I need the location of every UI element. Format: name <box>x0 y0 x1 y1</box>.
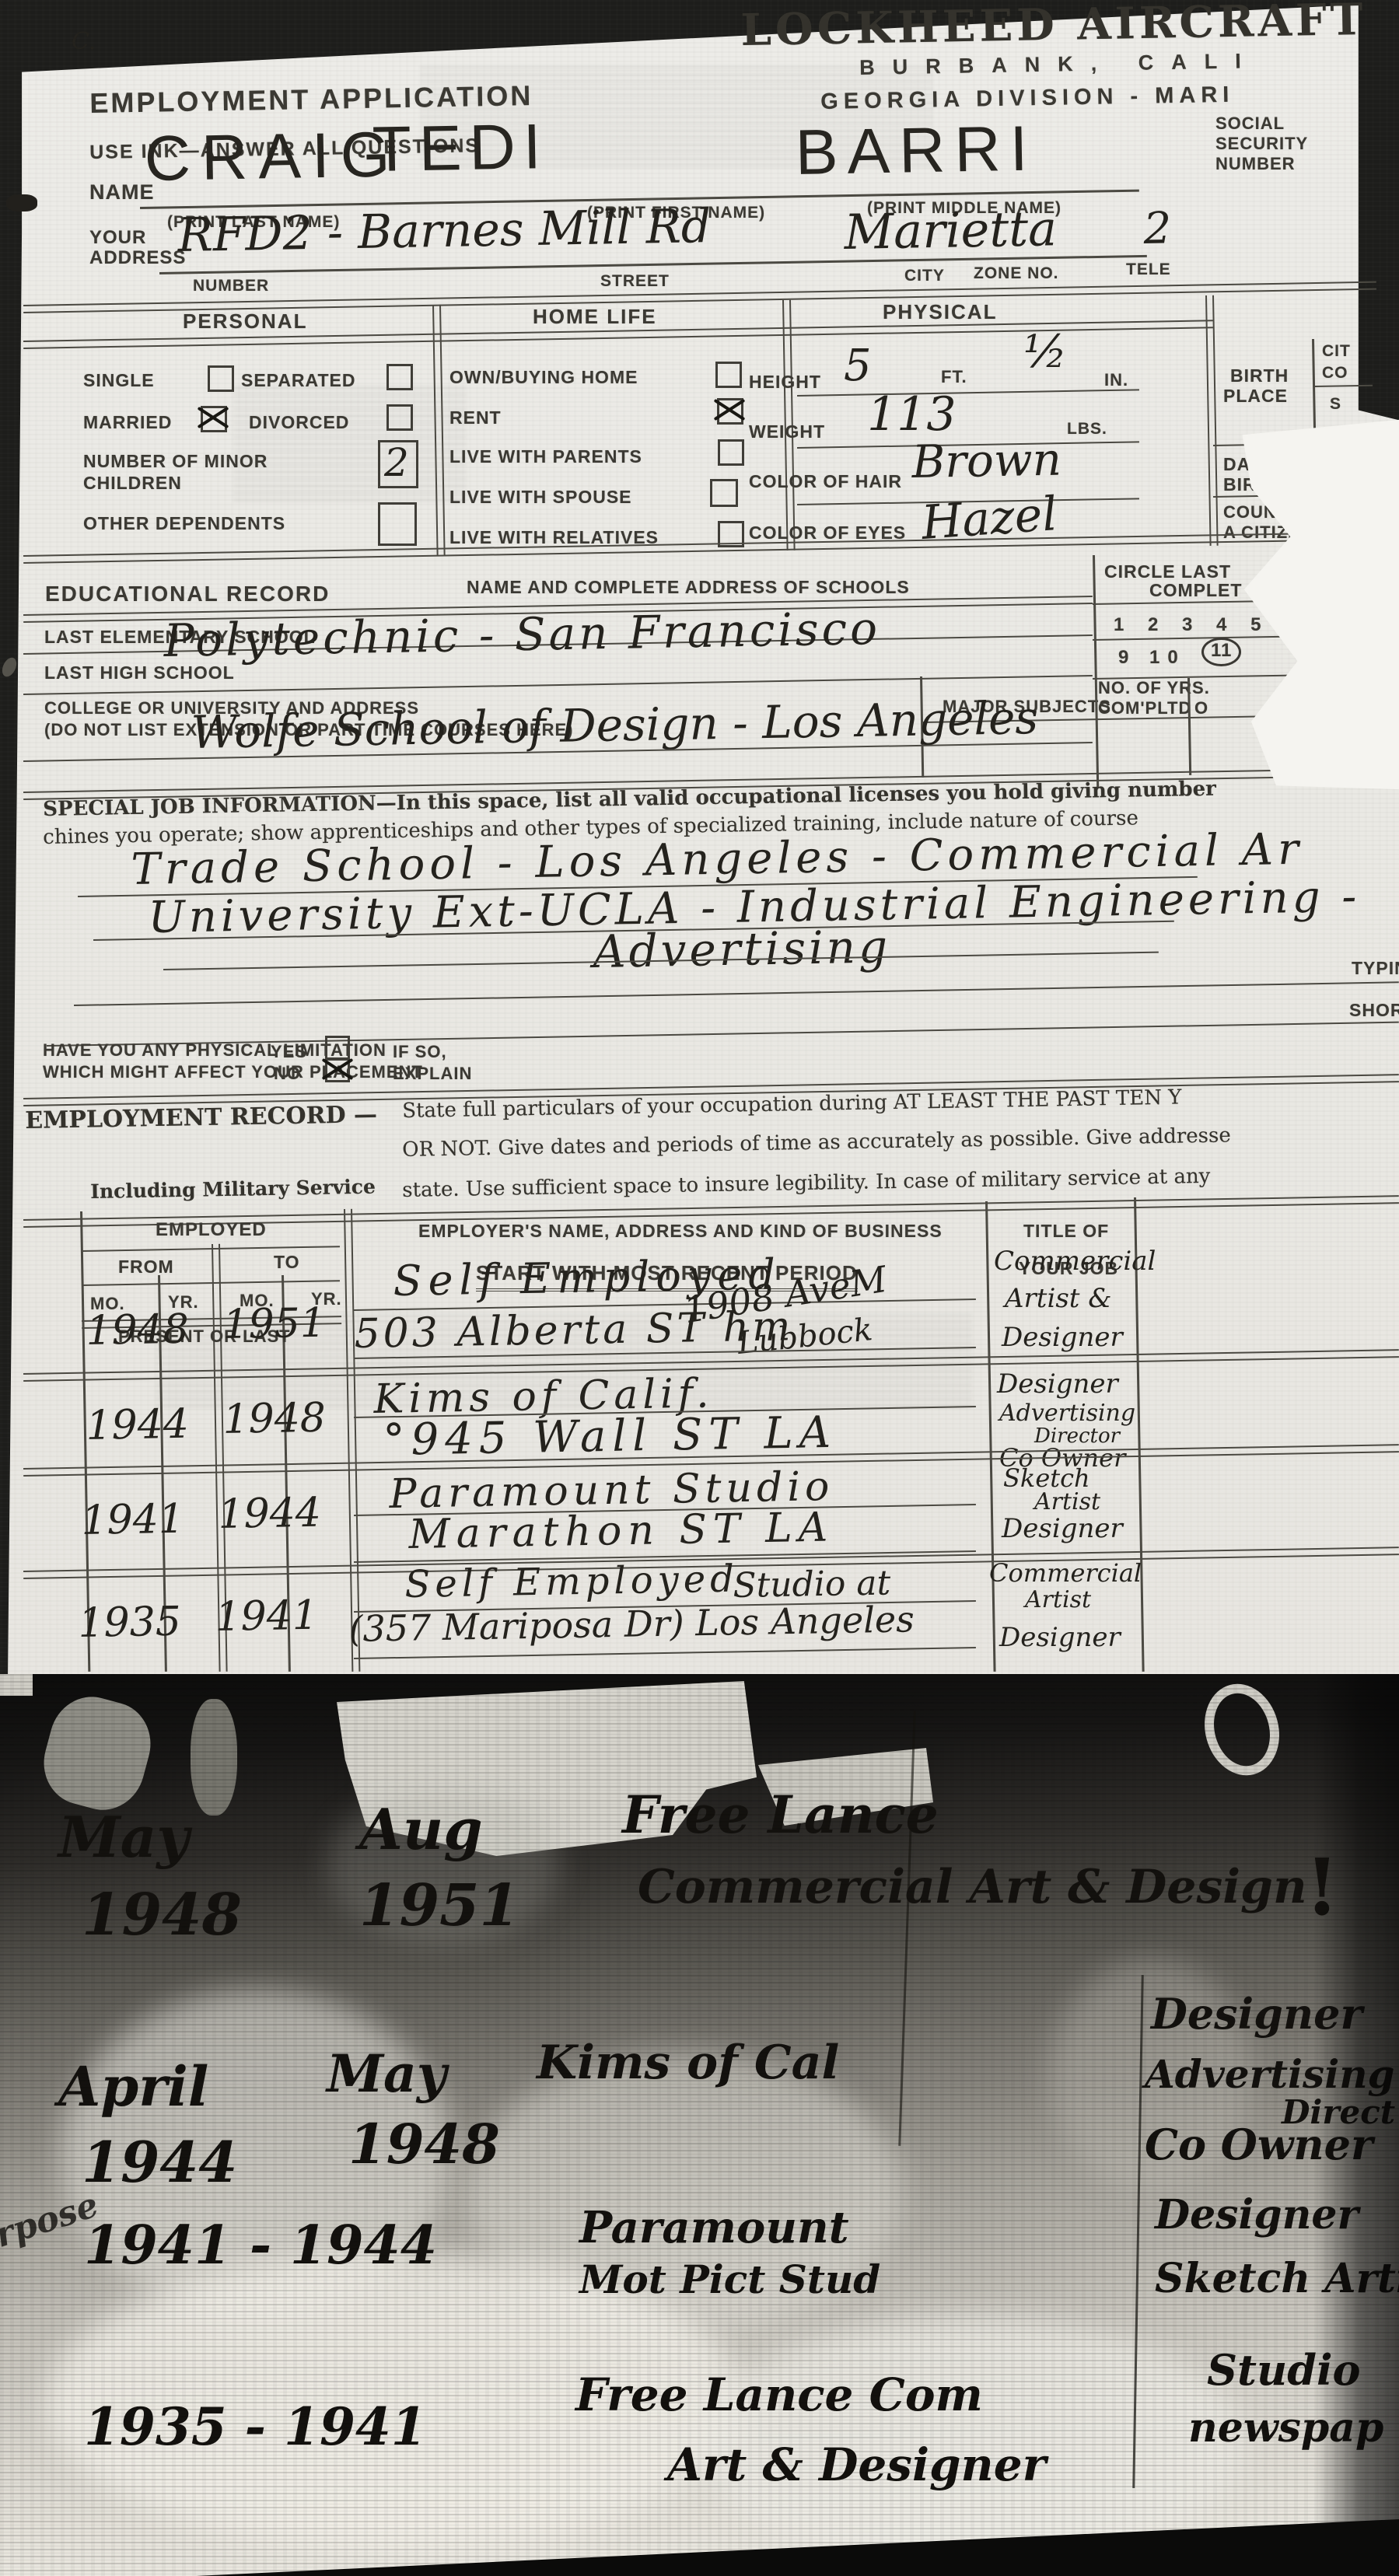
circle-last-label-1: CIRCLE LAST <box>1104 561 1231 582</box>
ps-2-business: Mot Pict Stud <box>579 2256 880 2302</box>
bleed-through-text <box>233 385 467 502</box>
birth-place-label-2: PLACE <box>1223 386 1288 407</box>
divorced-checkbox <box>386 404 413 431</box>
ssn-label-3: NUMBER <box>1215 154 1296 174</box>
yes-label: YES <box>271 1042 307 1062</box>
single-label: SINGLE <box>83 370 155 391</box>
ink-blob <box>6 194 37 211</box>
grade-11-circled: 11 <box>1201 638 1241 666</box>
job-0-title-3: Designer <box>1002 1322 1123 1353</box>
job-2-employer-line-2: Marathon ST LA <box>408 1504 834 1558</box>
job-1-to: 1948 <box>222 1395 326 1443</box>
ifso-label-1: IF SO, <box>393 1042 447 1062</box>
ps-0-to-month: Aug <box>359 1796 483 1862</box>
job-2-title-2: Artist <box>1034 1488 1100 1515</box>
height-ft-value: 5 <box>844 341 872 391</box>
no-label: NO <box>274 1064 301 1084</box>
typing-label: TYPIN <box>1352 958 1399 979</box>
explain-label: EXPLAIN <box>393 1064 472 1084</box>
yrs-header-2: COM'PLTD <box>1098 698 1191 718</box>
pen-mark: C. <box>72 28 96 55</box>
personal-section-title: PERSONAL <box>183 309 307 334</box>
weight-value: 113 <box>867 387 957 442</box>
employed-header: EMPLOYED <box>156 1219 267 1241</box>
ps-2-employer: Paramount <box>579 2202 849 2253</box>
weight-label: WEIGHT <box>749 421 825 442</box>
ink-mark <box>0 655 19 679</box>
special-job-hw-3: Advertising <box>593 920 891 978</box>
address-label-1: YOUR <box>89 227 146 249</box>
minor-children-value: 2 <box>384 440 409 485</box>
address-label-2: ADDRESS <box>89 247 186 269</box>
torn-fragment <box>0 1674 33 1696</box>
in-label: IN. <box>1104 370 1128 390</box>
live-with-spouse-label: LIVE WITH SPOUSE <box>449 487 632 508</box>
scanned-employment-application: C. EMPLOYMENT APPLICATION USE INK—ANSWER… <box>0 0 1399 2576</box>
minor-children-label-1: NUMBER OF MINOR <box>83 451 268 472</box>
job-0-to: 1951 <box>222 1300 326 1348</box>
separated-checkbox <box>386 364 413 390</box>
other-dependents-box <box>378 502 417 546</box>
job-2-to: 1944 <box>218 1490 321 1538</box>
ps-1-to-month: May <box>327 2043 446 2104</box>
circle-last-label-2: COMPLET <box>1149 580 1242 601</box>
married-checkbox <box>201 406 227 432</box>
job-1-title-1: Designer <box>997 1368 1118 1400</box>
married-label: MARRIED <box>83 412 172 433</box>
address-city-hint: CITY <box>904 267 945 285</box>
job-0-from: 1948 <box>86 1306 189 1354</box>
address-street-value: RFD2 - Barnes Mill Rd <box>177 199 712 263</box>
job-1-title-2: Advertising <box>999 1400 1135 1427</box>
grades-row-2: 9 10 <box>1118 647 1186 669</box>
live-with-spouse-checkbox <box>710 479 738 507</box>
height-in-value: ½ <box>1023 325 1067 378</box>
job-0-title-2: Artist & <box>1005 1283 1112 1314</box>
job-3-title-3: Designer <box>999 1622 1121 1653</box>
hair-label: COLOR OF HAIR <box>749 471 902 492</box>
ps-2-dates: 1941 - 1944 <box>84 2214 437 2277</box>
address-city-value: Marietta <box>844 200 1058 260</box>
single-checkbox <box>208 365 234 392</box>
name-last-value: CRAIG <box>144 118 401 196</box>
employer-header: EMPLOYER'S NAME, ADDRESS AND KIND OF BUS… <box>418 1221 943 1242</box>
ps-3-employer: Free Lance Com <box>575 2368 983 2421</box>
yrs-extra-col: O <box>1194 698 1208 718</box>
separated-label: SEPARATED <box>241 370 355 391</box>
address-zone-hint: ZONE NO. <box>974 264 1059 283</box>
address-tel-value: 2 <box>1143 203 1172 254</box>
no-checkbox <box>325 1057 350 1082</box>
hair-value: Brown <box>911 433 1061 488</box>
schools-header: NAME AND COMPLETE ADDRESS OF SCHOOLS <box>467 577 910 598</box>
ps-0-employer: Free Lance <box>622 1784 939 1845</box>
minor-children-label-2: CHILDREN <box>83 473 182 494</box>
co-label: CO <box>1322 364 1348 383</box>
torn-fragment <box>191 1699 237 1816</box>
rent-checkbox <box>717 398 743 425</box>
job-0-title-1: Commercial <box>994 1246 1156 1277</box>
address-number-hint: NUMBER <box>193 277 269 295</box>
education-title: EDUCATIONAL RECORD <box>45 582 330 606</box>
live-with-parents-label: LIVE WITH PARENTS <box>449 446 642 467</box>
yrs-header-1: NO. OF YRS. <box>1098 678 1210 698</box>
st-label: S <box>1330 395 1341 414</box>
cit-label: CIT <box>1322 342 1351 361</box>
ps-0-to-year: 1951 <box>359 1872 519 1939</box>
ps-1-from-month: April <box>58 2054 208 2119</box>
title-col-header-1: TITLE OF <box>1023 1221 1109 1242</box>
job-3-from: 1935 <box>78 1599 181 1647</box>
job-2-from: 1941 <box>81 1496 184 1544</box>
birth-place-label-1: BIRTH <box>1230 365 1289 386</box>
name-middle-value: BARRI <box>795 113 1037 190</box>
from-header: FROM <box>118 1257 174 1278</box>
job-3-employer-line-1: Self Employed <box>404 1557 739 1606</box>
own-buying-home-label: OWN/BUYING HOME <box>449 367 638 388</box>
lbs-label: LBS. <box>1067 420 1107 439</box>
ps-3-dates: 1935 - 1941 <box>84 2396 427 2457</box>
ps-0-business: Commercial Art & Design <box>638 1860 1307 1914</box>
limitation-q-2: WHICH MIGHT AFFECT YOUR PLACEMENT <box>43 1062 423 1082</box>
other-dependents-label: OTHER DEPENDENTS <box>83 513 285 534</box>
job-2-title-3: Designer <box>1002 1513 1123 1544</box>
job-3-to: 1941 <box>215 1592 318 1641</box>
ssn-label-1: SOCIAL <box>1215 114 1285 134</box>
ps-3-business: Art & Designer <box>667 2438 1046 2491</box>
shorthand-label: SHORT <box>1349 1000 1399 1021</box>
job-3-title-1: Commercial <box>989 1558 1142 1588</box>
physical-section-title: PHYSICAL <box>883 300 997 324</box>
ps-0-from-year: 1948 <box>82 1882 242 1949</box>
photostat-right-shadow <box>1314 1674 1399 2576</box>
job-1-from: 1944 <box>86 1401 189 1449</box>
grades-row-1: 1 2 3 4 5 <box>1114 614 1270 636</box>
ft-label: FT. <box>941 367 967 387</box>
ps-1-from-year: 1944 <box>82 2129 237 2195</box>
own-buying-home-checkbox <box>715 362 742 388</box>
ssn-label-2: SECURITY <box>1215 134 1308 154</box>
live-with-parents-checkbox <box>718 439 744 466</box>
to-header: TO <box>274 1252 300 1273</box>
job-3-title-2: Artist <box>1025 1586 1091 1613</box>
name-first-value: TEDI <box>372 110 549 187</box>
rent-label: RENT <box>449 407 502 428</box>
ps-0-from-month: May <box>58 1804 189 1870</box>
address-tel-hint: TELE <box>1126 260 1171 279</box>
ps-1-to-year: 1948 <box>348 2112 500 2176</box>
height-label: HEIGHT <box>749 372 821 393</box>
divorced-label: DIVORCED <box>249 412 349 433</box>
homelife-section-title: HOME LIFE <box>533 305 657 329</box>
ps-1-employer: Kims of Cal <box>537 2036 839 2090</box>
address-street-hint: STREET <box>600 272 670 291</box>
